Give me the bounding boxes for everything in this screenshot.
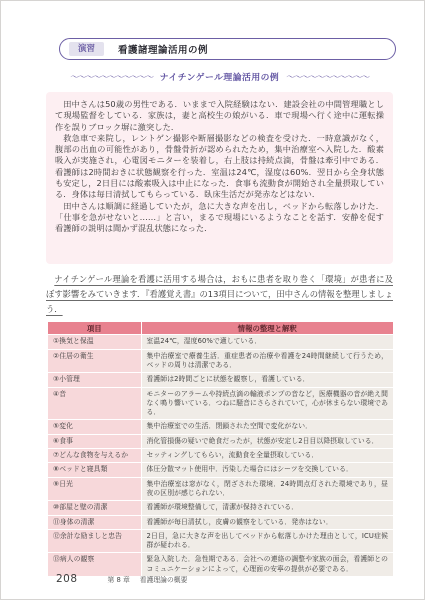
case-study-box: 田中さんは50歳の男性である．いままで入院経験はない．建設会社の中間管理職として… xyxy=(46,92,393,264)
content-cell: 集中治療室で療養生活．重症患者の治療や看護を24時間継続して行うため，ベッドの周… xyxy=(141,349,393,373)
item-cell: ⑥食事 xyxy=(48,434,141,448)
table-row: ⑥食事 消化管損傷の疑いで絶食だったが，状態が安定し2日目以降摂取している． xyxy=(48,434,393,448)
table-row: ⑩部屋と壁の清潔 看護師が環境整備して，清潔が保持されている． xyxy=(48,501,393,515)
content-cell: 消化管損傷の疑いで絶食だったが，状態が安定し2日目以降摂取している． xyxy=(141,434,393,448)
table-row: ⑦どんな食物を与えるか セッティングしてもらい，流動食を全量摂取している． xyxy=(48,449,393,463)
table-row: ⑨日光 集中治療室は窓がなく，閉ざされた環境．24時間点灯された環境であり，昼夜… xyxy=(48,477,393,501)
wavy-rule-right: 〜〜〜〜〜〜〜〜〜〜〜 xyxy=(286,71,369,83)
content-cell: 集中治療室での生活．閉鎖された空間で変化がない． xyxy=(141,420,393,434)
content-cell: 体圧分散マット使用中．汚染した場合にはシーツを交換している． xyxy=(141,463,393,477)
item-cell: ③小管理 xyxy=(48,373,141,387)
table-row: ③小管理 看護師は2時間ごとに状態を観察し，看護している． xyxy=(48,373,393,387)
exercise-title: 看護諸理論活用の例 xyxy=(118,42,208,56)
instruction-paragraph: ナイチンゲール理論を看護に活用する場合は，おもに患者を取り巻く「環境」が患者に及… xyxy=(46,272,393,317)
item-cell: ⑧ベッドと寝具類 xyxy=(48,463,141,477)
exercise-header-box: 演習 看護諸理論活用の例 xyxy=(59,38,396,60)
content-cell: モニターのアラームや持続点滴の輸液ポンプの音など，医療機器の音が絶え間なく鳴り響… xyxy=(141,387,393,420)
content-cell: 看護師が毎日清拭し，皮膚の観察をしている．発赤はない． xyxy=(141,515,393,529)
table-row: ⑪身体の清潔 看護師が毎日清拭し，皮膚の観察をしている．発赤はない． xyxy=(48,515,393,529)
item-cell: ②住居の衛生 xyxy=(48,349,141,373)
table-row: ⑫余計な励ましと忠告 2日目，急に大きな声を出してベッドから転落しかけた理由とし… xyxy=(48,529,393,553)
item-cell: ⑪身体の清潔 xyxy=(48,515,141,529)
content-cell: 室温24℃，湿度60%で適している． xyxy=(141,335,393,349)
content-cell: 看護師が環境整備して，清潔が保持されている． xyxy=(141,501,393,515)
case-paragraph: 田中さんは順調に経過していたが，急に大きな声を出し，ベッドから転落しかけた．「仕… xyxy=(55,201,384,235)
section-title: ナイチンゲール理論活用の例 xyxy=(160,70,279,83)
content-cell: セッティングしてもらい，流動食を全量摂取している． xyxy=(141,449,393,463)
item-cell: ⑩部屋と壁の清潔 xyxy=(48,501,141,515)
table-row: ⑧ベッドと寝具類 体圧分散マット使用中．汚染した場合にはシーツを交換している． xyxy=(48,463,393,477)
page-number: 208 xyxy=(56,573,78,585)
content-cell: 2日目，急に大きな声を出してベッドから転落しかけた理由として，ICU症候群が疑わ… xyxy=(141,529,393,553)
wavy-rule-left: 〜〜〜〜〜〜〜〜〜〜〜 xyxy=(70,71,153,83)
nightingale-table: 項目 情報の整理と解釈 ①換気と保温 室温24℃，湿度60%で適している． ②住… xyxy=(48,322,393,577)
item-cell: ⑦どんな食物を与えるか xyxy=(48,449,141,463)
table-header-row: 項目 情報の整理と解釈 xyxy=(48,322,393,335)
item-cell: ④音 xyxy=(48,387,141,420)
table-row: ①換気と保温 室温24℃，湿度60%で適している． xyxy=(48,335,393,349)
content-cell: 集中治療室は窓がなく，閉ざされた環境．24時間点灯された環境であり，昼夜の区別が… xyxy=(141,477,393,501)
table-row: ④音 モニターのアラームや持続点滴の輸液ポンプの音など，医療機器の音が絶え間なく… xyxy=(48,387,393,420)
case-paragraph: 田中さんは50歳の男性である．いままで入院経験はない．建設会社の中間管理職として… xyxy=(55,99,384,133)
table-row: ②住居の衛生 集中治療室で療養生活．重症患者の治療や看護を24時間継続して行うた… xyxy=(48,349,393,373)
case-paragraph: 救急車で来院し，レントゲン撮影や断層撮影などの検査を受けた．一時意識がなく，腹部… xyxy=(55,133,384,201)
exercise-label-chip: 演習 xyxy=(69,42,104,57)
content-cell: 看護師は2時間ごとに状態を観察し，看護している． xyxy=(141,373,393,387)
item-cell: ⑤変化 xyxy=(48,420,141,434)
item-cell: ⑫余計な励ましと忠告 xyxy=(48,529,141,553)
table-row: ⑤変化 集中治療室での生活．閉鎖された空間で変化がない． xyxy=(48,420,393,434)
chapter-title: 看護理論の概要 xyxy=(140,574,188,584)
textbook-page: 演習 看護諸理論活用の例 〜〜〜〜〜〜〜〜〜〜〜 ナイチンゲール理論活用の例 〜… xyxy=(0,0,425,600)
item-cell: ⑨日光 xyxy=(48,477,141,501)
table-header-item: 項目 xyxy=(48,322,141,335)
section-heading: 〜〜〜〜〜〜〜〜〜〜〜 ナイチンゲール理論活用の例 〜〜〜〜〜〜〜〜〜〜〜 xyxy=(46,70,393,83)
chapter-label: 第 8 章 xyxy=(108,574,130,584)
table-header-interpretation: 情報の整理と解釈 xyxy=(141,322,393,335)
item-cell: ①換気と保温 xyxy=(48,335,141,349)
page-footer: 208 第 8 章 看護理論の概要 xyxy=(56,573,187,585)
